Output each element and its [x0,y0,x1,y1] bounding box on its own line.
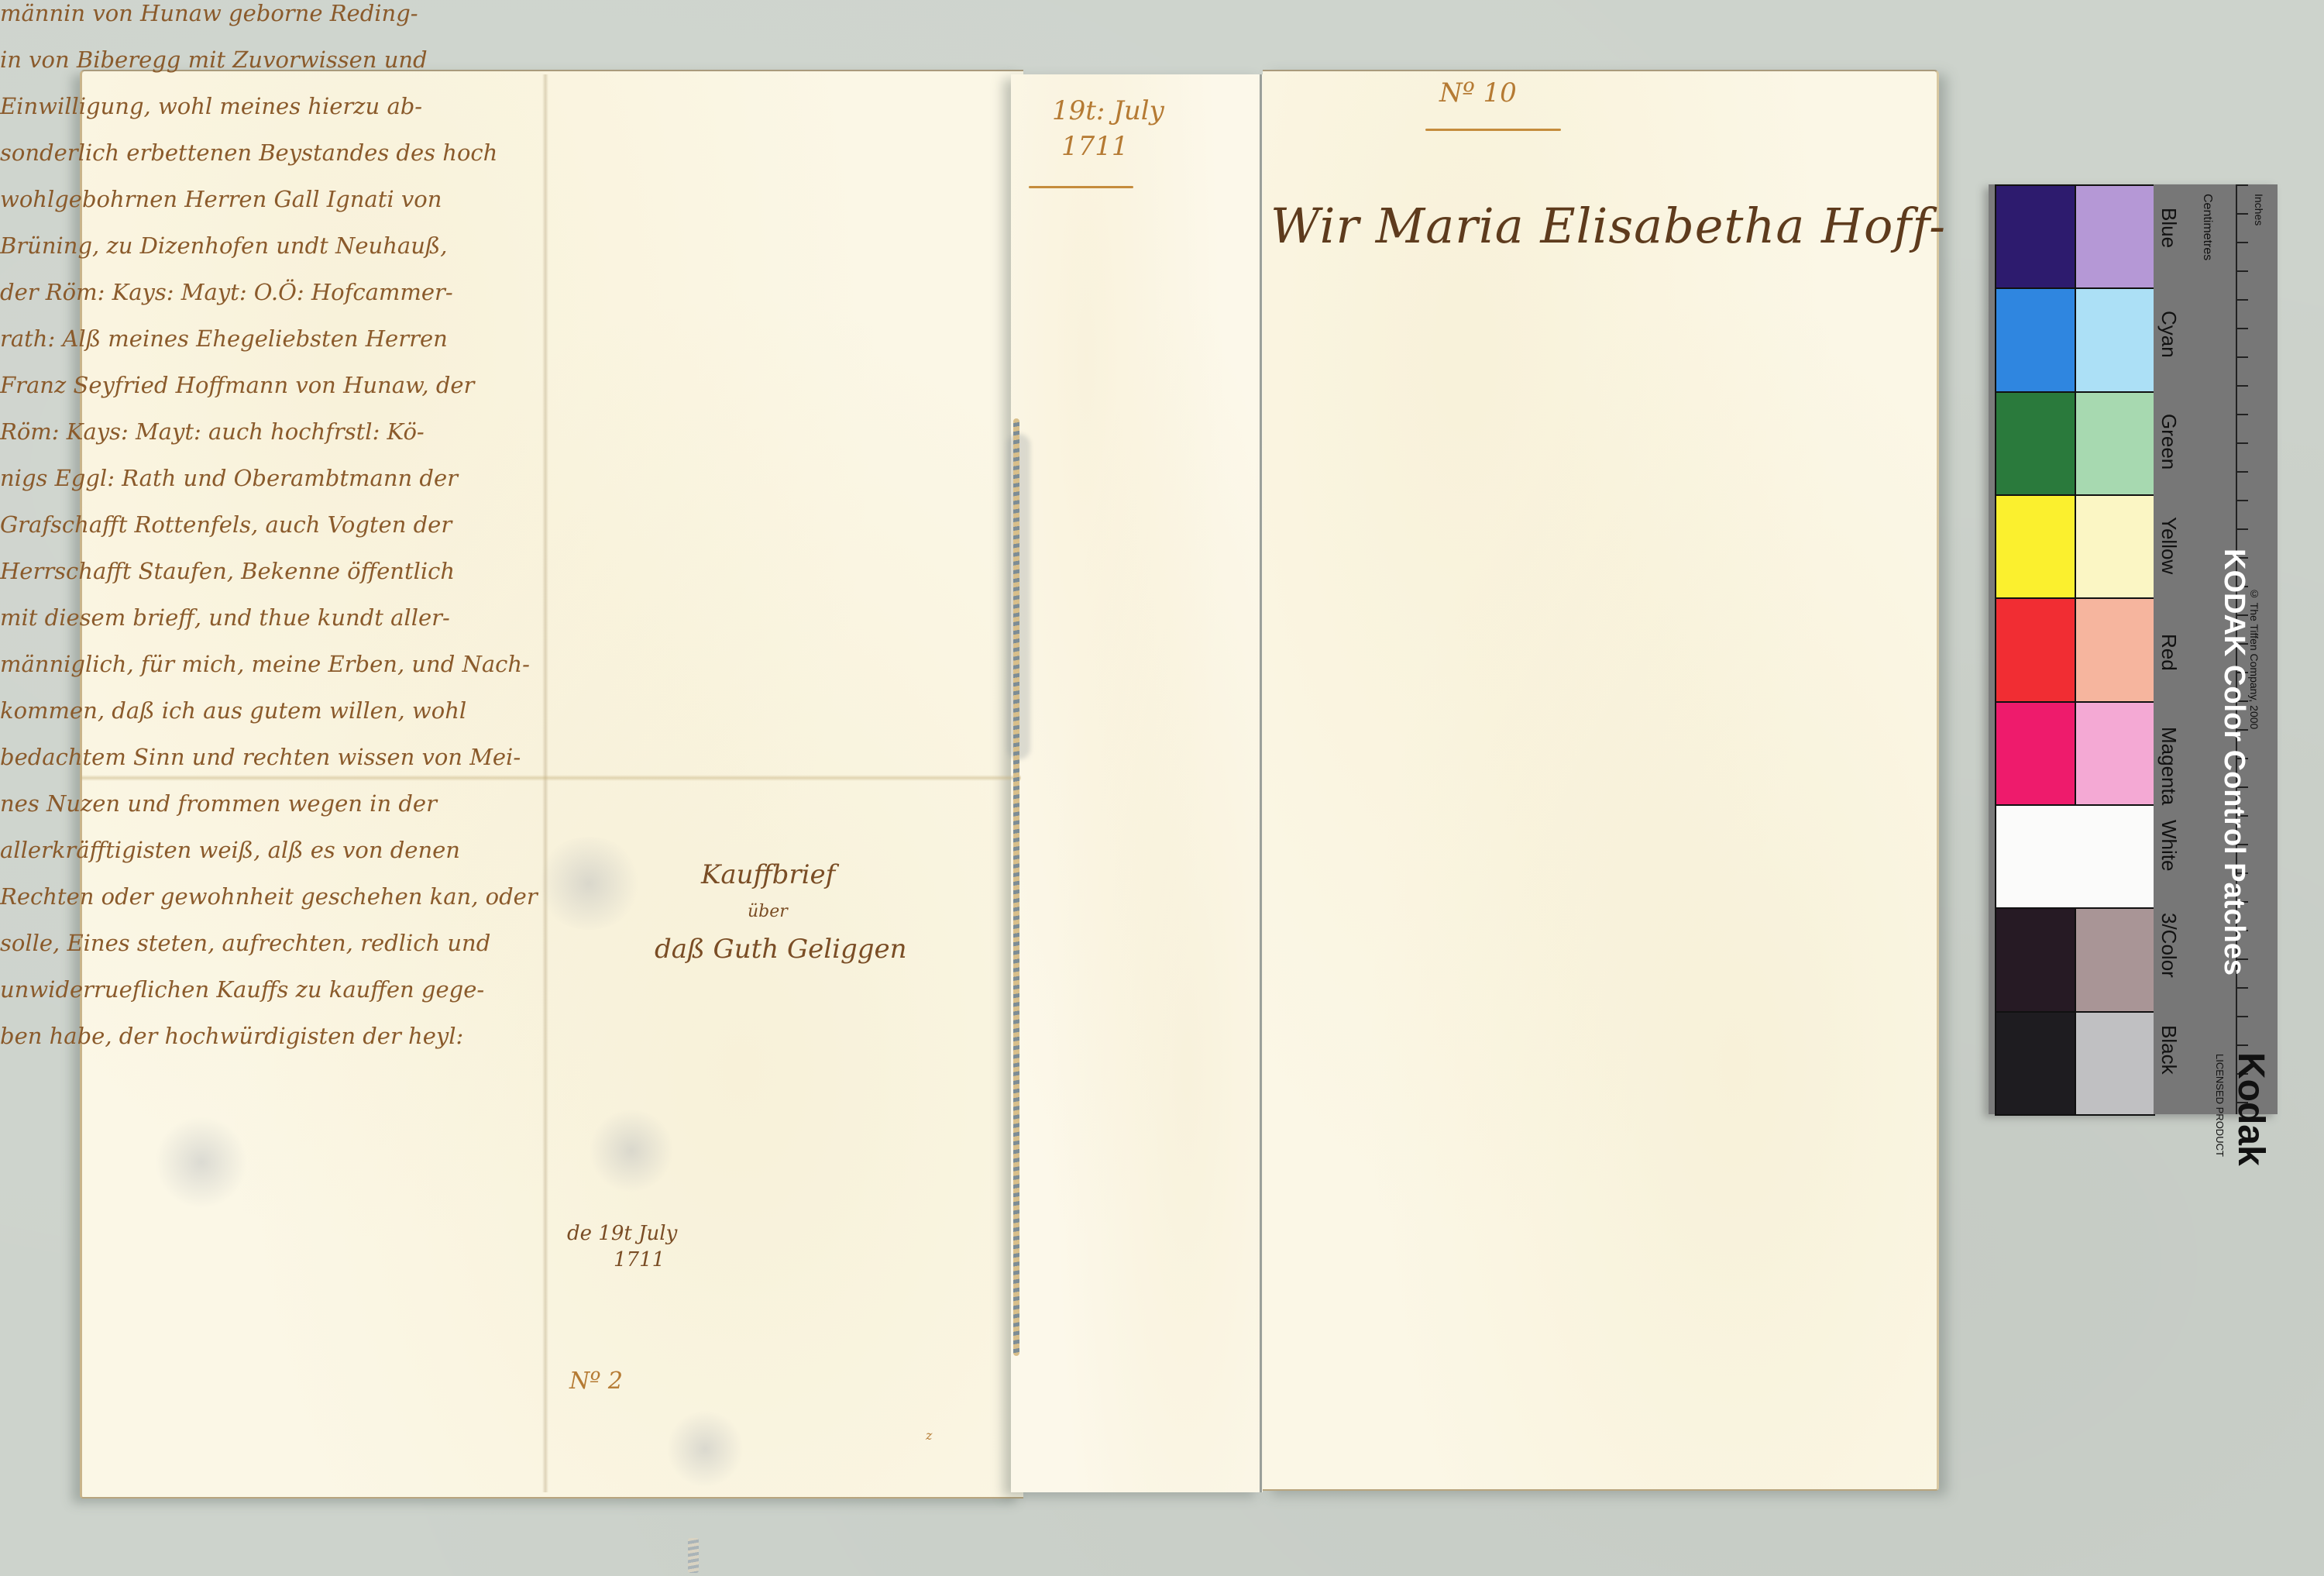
number-underline [1425,129,1561,131]
body-line: männin von Hunaw geborne Reding- [0,0,418,26]
patch-white [1996,805,2154,908]
patch-label-3color: 3/Color [2157,913,2181,978]
patch-cyan-light [2075,288,2155,391]
page-edge [1260,74,1262,1492]
body-line: der Röm: Kays: Mayt: O.Ö: Hofcammer- [0,279,453,305]
right-page-recto [1263,70,1939,1491]
patch-label-black: Black [2157,1025,2181,1075]
kodak-logo: Kodak [2229,1052,2272,1166]
ruler-strip: Centimetres Inches KODAK Color Control P… [2154,184,2278,1114]
patch-3color-dark [1996,908,2075,1011]
patch-green-dark [1996,392,2075,495]
patch-blue-dark [1996,185,2075,288]
seal-stain [535,837,643,930]
patch-label-white: White [2157,820,2181,871]
dorsal-date-year: 1711 [567,1247,677,1273]
patch-label-green: Green [2157,414,2181,470]
binding-thread [1013,418,1019,1356]
document-number: Nº 10 [1439,77,1517,108]
kodak-licensed-label: LICENSED PRODUCT [2214,1054,2226,1157]
body-line: allerkräfftigisten weiß, alß es von dene… [0,837,460,863]
body-line: Herrschafft Staufen, Bekenne öffentlich [0,558,455,584]
seal-stain [155,1116,248,1209]
body-line: Rechten oder gewohnheit geschehen kan, o… [0,883,538,910]
kodak-color-chart: Centimetres Inches KODAK Color Control P… [1989,184,2278,1114]
color-patches [1995,184,2155,1116]
label-centimetres: Centimetres [2200,194,2214,260]
dorsal-note-line: über [701,893,907,931]
body-line: Röm: Kays: Mayt: auch hochfrstl: Kö- [0,418,425,445]
patch-label-yellow: Yellow [2157,517,2181,574]
seal-stain [666,1410,744,1488]
body-line: mit diesem brieff, und thue kundt aller- [0,604,450,631]
patch-magenta-dark [1996,702,2075,805]
body-line: sonderlich erbettenen Beystandes des hoc… [0,139,497,166]
dorsal-note-line: Kauffbrief [701,856,907,893]
dorsal-date-line: de 19t July [567,1220,677,1247]
page-mark: z [926,1428,932,1443]
body-line: nes Nuzen und frommen wegen in der [0,790,437,817]
body-line: Brüning, zu Dizenhofen undt Neuhauß, [0,232,447,259]
date-note-line: 19t: July [1052,93,1164,129]
label-inches: Inches [2253,194,2265,225]
patch-black-dark [1996,1012,2075,1115]
body-line: Einwilligung, wohl meines hierzu ab- [0,93,422,119]
body-line: in von Biberegg mit Zuvorwissen und [0,46,428,73]
middle-fold-strip [1011,74,1263,1492]
body-line: kommen, daß ich aus gutem willen, wohl [0,697,466,724]
horizontal-fold-crease [80,775,1021,781]
patch-red-light [2075,598,2155,701]
body-line: Grafschafft Rottenfels, auch Vogten der [0,511,452,538]
date-underline [1029,186,1133,188]
seal-stain [589,1108,674,1193]
body-line: unwiderrueflichen Kauffs zu kauffen gege… [0,976,484,1003]
body-line: Franz Seyfried Hoffmann von Hunaw, der [0,372,474,398]
patch-cyan-dark [1996,288,2075,391]
patch-magenta-light [2075,702,2155,805]
body-line: rath: Alß meines Ehegeliebsten Herren [0,325,448,352]
body-line: nigs Eggl: Rath und Oberambtmann der [0,465,458,491]
patch-blue-light [2075,185,2155,288]
patch-yellow-light [2075,495,2155,598]
date-note-year: 1711 [1052,129,1164,164]
patch-green-light [2075,392,2155,495]
patch-red-dark [1996,598,2075,701]
body-line: bedachtem Sinn und rechten wissen von Me… [0,744,521,770]
chart-copyright: © The Tiffen Company, 2000 [2248,587,2260,729]
chart-title: KODAK Color Control Patches [2217,549,2250,976]
body-line: solle, Eines steten, aufrechten, redlich… [0,930,490,956]
vertical-fold-crease [542,74,548,1492]
patch-label-red: Red [2157,634,2181,671]
patch-label-cyan: Cyan [2157,311,2181,358]
dorsal-note-line: daß Guth Geliggen [655,931,907,968]
document-title-line: Wir Maria Elisabetha Hoff- [1270,198,1946,254]
dorsal-note: Kauffbrief über daß Guth Geliggen [701,856,907,968]
body-line: wohlgebohrnen Herren Gall Ignati von [0,186,442,212]
dorsal-date: de 19t July 1711 [567,1220,677,1273]
patch-label-magenta: Magenta [2157,727,2181,805]
date-note: 19t: July 1711 [1052,93,1164,164]
patch-3color-light [2075,908,2155,1011]
body-line: männiglich, für mich, meine Erben, und N… [0,651,530,677]
body-line: ben habe, der hochwürdigisten der heyl: [0,1023,463,1049]
binding-tie [688,1538,699,1573]
patch-label-blue: Blue [2157,208,2181,248]
patch-yellow-dark [1996,495,2075,598]
patch-black-light [2075,1012,2155,1115]
folio-number: Nº 2 [569,1368,623,1395]
